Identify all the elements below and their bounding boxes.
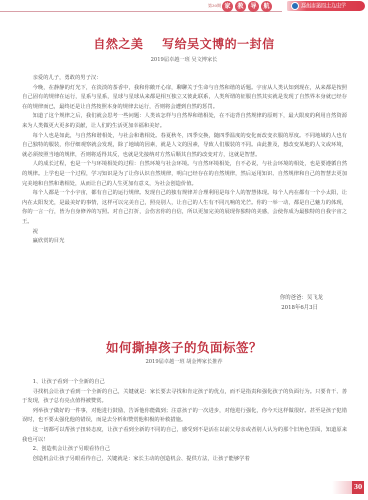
paragraph: 赢欣赏的目光 bbox=[22, 237, 347, 247]
column-badges: 家 教 导 航 bbox=[222, 1, 272, 12]
article1-title: 自然之美 写给吴文博的一封信 bbox=[0, 35, 368, 52]
paragraph: 亲爱的儿子，勇敢的男子汉： bbox=[22, 74, 347, 84]
column-badge: 家 bbox=[222, 1, 233, 12]
letter-signature: 你的爸爸：吴飞龙 bbox=[280, 293, 323, 301]
paragraph: 这一切都可以帮孩子扭转态度，让孩子看到全新的不同的自己，感受到不是活在以前父母亲… bbox=[22, 426, 347, 445]
paragraph: 祝 bbox=[22, 228, 347, 238]
paragraph: 寻找机会让孩子看到一个全新的自己，关键就是：家长要去寻找和肯定孩子的优点，而不是… bbox=[22, 388, 347, 407]
paragraph: 列举孩子做好的一件事，对他进行鼓励，告诉他你能做到；注意孩子的一次进步，对他进行… bbox=[22, 407, 347, 426]
letter-date: 2018年6月3日 bbox=[281, 303, 318, 311]
paragraph: 每个人都是一个小宇宙，都有自己的运行规律。发现自己的独有规律并合理利用是每个人的… bbox=[22, 189, 347, 227]
section-heading: 2、创造机会让孩子另眼看待自己 bbox=[22, 445, 347, 455]
paragraph: 今晚，在静静的灯光下，在淡淡的茶香中，我和你敞开心扉，聊聊关于生命与自然和谐的话… bbox=[22, 84, 347, 113]
school-subtitle: ZHENGZHOU NO.49 MIDDLE SCHOOL bbox=[301, 7, 342, 9]
paragraph: 知道了这个规律之后，我们就会思考一些问题：人类该怎样与自然界和谐相处，在不违背自… bbox=[22, 112, 347, 131]
article2-body: 1、让孩子看到一个全新的自己 寻找机会让孩子看到一个全新的自己，关键就是：家长要… bbox=[22, 378, 347, 464]
column-badge: 航 bbox=[261, 1, 272, 12]
school-logo-icon bbox=[291, 2, 299, 10]
issue-label: 第30期 bbox=[208, 3, 221, 9]
column-badge: 导 bbox=[248, 1, 259, 12]
article1-body: 亲爱的儿子，勇敢的男子汉： 今晚，在静静的灯光下，在淡淡的茶香中，我和你敞开心扉… bbox=[22, 74, 347, 247]
paragraph: 创造机会让孩子另眼看待自己，关键就是：家长主动的创造机会、提供方法，让孩子能够学… bbox=[22, 455, 347, 465]
page-number-decoration bbox=[332, 481, 352, 494]
paragraph: 人的成长过程，也是一个与环境相处的过程：自然环境与社会环境。与自然环境相处，自不… bbox=[22, 160, 347, 189]
page-header: 第30期 家 教 导 航 郑州市第四十九中学 ZHENGZHOU NO.49 M… bbox=[0, 0, 368, 14]
school-banner: 郑州市第四十九中学 ZHENGZHOU NO.49 MIDDLE SCHOOL bbox=[287, 1, 365, 11]
article1-byline: 2019届卓越一班 吴文博家长 bbox=[0, 56, 368, 63]
section-heading: 1、让孩子看到一个全新的自己 bbox=[22, 378, 347, 388]
paragraph: 每个人也是如此，与自然和谐相处，与社会和谐相处。春夏秋冬，四季交换，随四季温度的… bbox=[22, 132, 347, 161]
page-number: 30 bbox=[352, 481, 364, 494]
column-badge: 教 bbox=[235, 1, 246, 12]
article2-title: 如何撕掉孩子的负面标签？ bbox=[0, 338, 368, 356]
article2-byline: 2019届卓越一班 胡金博家长推荐 bbox=[0, 358, 368, 365]
